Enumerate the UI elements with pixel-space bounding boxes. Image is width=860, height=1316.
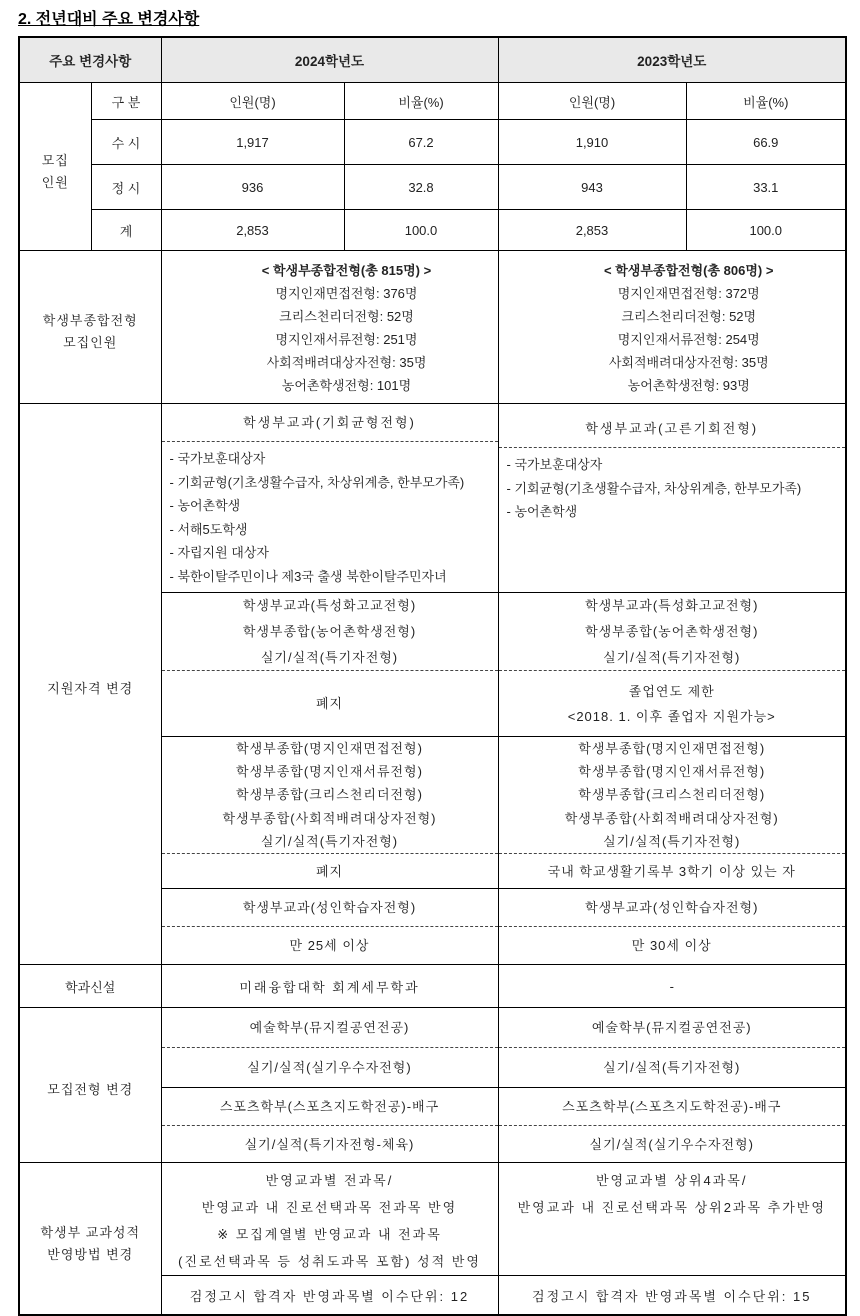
- qual-r3-2023-top: 학생부종합(명지인재면접전형) 학생부종합(명지인재서류전형) 학생부종합(크리…: [499, 737, 846, 854]
- row-label-new-department: 학과신설: [19, 965, 161, 1008]
- header-year-2024: 2024학년도: [161, 37, 498, 83]
- grade-r2-2023: 검정고시 합격자 반영과목별 이수단위: 15: [498, 1276, 846, 1316]
- type-r1-2024-bottom: 실기/실적(실기우수자전형): [162, 1048, 498, 1087]
- susi-biyul-2023: 66.9: [686, 120, 846, 165]
- jonghap-2024-cell: < 학생부종합전형(총 815명) > 명지인재면접전형: 376명 크리스천리…: [161, 251, 498, 404]
- jeongsi-inwon-2024: 936: [161, 165, 344, 210]
- qual-r3-2024-cell: 학생부종합(명지인재면접전형) 학생부종합(명지인재서류전형) 학생부종합(크리…: [161, 737, 498, 889]
- jonghap-2023-title: < 학생부종합전형(총 806명) >: [539, 259, 840, 282]
- type-r2-2024-top: 스포츠학부(스포츠지도학전공)-배구: [162, 1088, 498, 1126]
- qual-r1-2024-cell: 학생부교과(기회균형전형) - 국가보훈대상자 - 기회균형(기초생활수급자, …: [161, 404, 498, 593]
- header-year-2023: 2023학년도: [498, 37, 846, 83]
- qual-r2-2024-cell: 학생부교과(특성화고교전형) 학생부종합(농어촌학생전형) 실기/실적(특기자전…: [161, 593, 498, 737]
- total-inwon-2023: 2,853: [498, 210, 686, 251]
- total-inwon-2024: 2,853: [161, 210, 344, 251]
- jeongsi-biyul-2024: 32.8: [344, 165, 498, 210]
- admission-row-jeongsi: 정 시 936 32.8 943 33.1: [19, 165, 846, 210]
- header-main-label: 주요 변경사항: [19, 37, 161, 83]
- type-r1-2023-top: 예술학부(뮤지컬공연전공): [499, 1008, 846, 1048]
- qual-r4-2024-bottom: 만 25세 이상: [162, 927, 498, 964]
- jeongsi-biyul-2023: 33.1: [686, 165, 846, 210]
- admission-columns-row: 모집 인원 구 분 인원(명) 비율(%) 인원(명) 비율(%): [19, 83, 846, 120]
- new-department-2024: 미래융합대학 회계세무학과: [161, 965, 498, 1008]
- col-header-biyul-2023: 비율(%): [686, 83, 846, 120]
- col-header-inwon-2023: 인원(명): [498, 83, 686, 120]
- qual-r1-2024-top: 학생부교과(기회균형전형): [162, 404, 498, 442]
- qual-r4-2023-bottom: 만 30세 이상: [499, 927, 846, 964]
- table-header-row: 주요 변경사항 2024학년도 2023학년도: [19, 37, 846, 83]
- row-label-admission-type: 모집전형 변경: [19, 1008, 161, 1163]
- jonghap-row: 학생부종합전형 모집인원 < 학생부종합전형(총 815명) > 명지인재면접전…: [19, 251, 846, 404]
- qual-r4-2023-cell: 학생부교과(성인학습자전형) 만 30세 이상: [498, 889, 846, 965]
- new-department-2023: -: [498, 965, 846, 1008]
- qual-r1-2023-cell: 학생부교과(고른기회전형) - 국가보훈대상자 - 기회균형(기초생활수급자, …: [498, 404, 846, 593]
- type-r2-2023-cell: 스포츠학부(스포츠지도학전공)-배구 실기/실적(실기우수자전형): [498, 1088, 846, 1163]
- type-r1-2023-cell: 예술학부(뮤지컬공연전공) 실기/실적(특기자전형): [498, 1008, 846, 1088]
- qual-r4-2023-top: 학생부교과(성인학습자전형): [499, 889, 846, 927]
- type-r1-2024-cell: 예술학부(뮤지컬공연전공) 실기/실적(실기우수자전형): [161, 1008, 498, 1088]
- jonghap-2024-title: < 학생부종합전형(총 815명) >: [202, 259, 492, 282]
- row-label-susi: 수 시: [91, 120, 161, 165]
- qual-r3-2023-bottom: 국내 학교생활기록부 3학기 이상 있는 자: [499, 854, 846, 888]
- type-r2-2024-cell: 스포츠학부(스포츠지도학전공)-배구 실기/실적(특기자전형-체육): [161, 1088, 498, 1163]
- type-r2-2023-top: 스포츠학부(스포츠지도학전공)-배구: [499, 1088, 846, 1126]
- qual-r4-2024-top: 학생부교과(성인학습자전형): [162, 889, 498, 927]
- grade-r1-2024-cell: 반영교과별 전과목/ 반영교과 내 진로선택과목 전과목 반영 ※ 모집계열별 …: [161, 1163, 498, 1276]
- qual-r3-2024-bottom: 폐지: [162, 854, 498, 888]
- admission-row-total: 계 2,853 100.0 2,853 100.0: [19, 210, 846, 251]
- susi-inwon-2023: 1,910: [498, 120, 686, 165]
- qual-r2-2023-top: 학생부교과(특성화고교전형) 학생부종합(농어촌학생전형) 실기/실적(특기자전…: [499, 593, 846, 671]
- grade-r2-2024: 검정고시 합격자 반영과목별 이수단위: 12: [161, 1276, 498, 1316]
- type-r1-2023-bottom: 실기/실적(특기자전형): [499, 1048, 846, 1087]
- admission-row-susi: 수 시 1,917 67.2 1,910 66.9: [19, 120, 846, 165]
- row-label-total: 계: [91, 210, 161, 251]
- qual-r2-2023-bottom: 졸업연도 제한 <2018. 1. 이후 졸업자 지원가능>: [499, 671, 846, 736]
- row-label-grade-reflection: 학생부 교과성적 반영방법 변경: [19, 1163, 161, 1316]
- type-r1-2024-top: 예술학부(뮤지컬공연전공): [162, 1008, 498, 1048]
- new-department-row: 학과신설 미래융합대학 회계세무학과 -: [19, 965, 846, 1008]
- qual-r1-2023-top: 학생부교과(고른기회전형): [499, 410, 846, 448]
- qual-r2-2023-cell: 학생부교과(특성화고교전형) 학생부종합(농어촌학생전형) 실기/실적(특기자전…: [498, 593, 846, 737]
- qual-r2-2024-top: 학생부교과(특성화고교전형) 학생부종합(농어촌학생전형) 실기/실적(특기자전…: [162, 593, 498, 671]
- qual-r2-2024-bottom: 폐지: [162, 671, 498, 736]
- qual-r1-2024-items: - 국가보훈대상자 - 기회균형(기초생활수급자, 차상위계층, 한부모가족) …: [162, 442, 498, 592]
- qual-r1-2023-items: - 국가보훈대상자 - 기회균형(기초생활수급자, 차상위계층, 한부모가족) …: [499, 448, 846, 586]
- susi-biyul-2024: 67.2: [344, 120, 498, 165]
- row-label-admission-count: 모집 인원: [19, 83, 91, 251]
- row-label-jonghap: 학생부종합전형 모집인원: [19, 251, 161, 404]
- col-header-biyul-2024: 비율(%): [344, 83, 498, 120]
- qual-r4-2024-cell: 학생부교과(성인학습자전형) 만 25세 이상: [161, 889, 498, 965]
- row-label-qualification: 지원자격 변경: [19, 404, 161, 965]
- grade-r1-2023-text: 반영교과별 상위4과목/ 반영교과 내 진로선택과목 상위2과목 추가반영: [499, 1163, 846, 1221]
- row-label-jeongsi: 정 시: [91, 165, 161, 210]
- grade-r1-2024-text: 반영교과별 전과목/ 반영교과 내 진로선택과목 전과목 반영 ※ 모집계열별 …: [162, 1163, 498, 1275]
- page-title: 2. 전년대비 주요 변경사항: [18, 6, 845, 29]
- grade-reflection-row-1: 학생부 교과성적 반영방법 변경 반영교과별 전과목/ 반영교과 내 진로선택과…: [19, 1163, 846, 1276]
- grade-r1-2023-cell: 반영교과별 상위4과목/ 반영교과 내 진로선택과목 상위2과목 추가반영: [498, 1163, 846, 1276]
- qualification-row-1: 지원자격 변경 학생부교과(기회균형전형) - 국가보훈대상자 - 기회균형(기…: [19, 404, 846, 593]
- type-r2-2023-bottom: 실기/실적(실기우수자전형): [499, 1126, 846, 1162]
- col-header-gubun: 구 분: [91, 83, 161, 120]
- jonghap-2024-items: 명지인재면접전형: 376명 크리스천리더전형: 52명 명지인재서류전형: 2…: [202, 282, 492, 397]
- jonghap-2023-cell: < 학생부종합전형(총 806명) > 명지인재면접전형: 372명 크리스천리…: [498, 251, 846, 404]
- total-biyul-2024: 100.0: [344, 210, 498, 251]
- susi-inwon-2024: 1,917: [161, 120, 344, 165]
- yearly-changes-table: 주요 변경사항 2024학년도 2023학년도 모집 인원 구 분 인원(명) …: [18, 36, 847, 1316]
- jonghap-2023-items: 명지인재면접전형: 372명 크리스천리더전형: 52명 명지인재서류전형: 2…: [539, 282, 840, 397]
- qual-r3-2023-cell: 학생부종합(명지인재면접전형) 학생부종합(명지인재서류전형) 학생부종합(크리…: [498, 737, 846, 889]
- col-header-inwon-2024: 인원(명): [161, 83, 344, 120]
- jeongsi-inwon-2023: 943: [498, 165, 686, 210]
- admission-type-row-1: 모집전형 변경 예술학부(뮤지컬공연전공) 실기/실적(실기우수자전형) 예술학…: [19, 1008, 846, 1088]
- type-r2-2024-bottom: 실기/실적(특기자전형-체육): [162, 1126, 498, 1162]
- total-biyul-2023: 100.0: [686, 210, 846, 251]
- qual-r3-2024-top: 학생부종합(명지인재면접전형) 학생부종합(명지인재서류전형) 학생부종합(크리…: [162, 737, 498, 854]
- document-page: 2. 전년대비 주요 변경사항 주요 변경사항 2024학년도 2023학년도 …: [0, 0, 860, 1277]
